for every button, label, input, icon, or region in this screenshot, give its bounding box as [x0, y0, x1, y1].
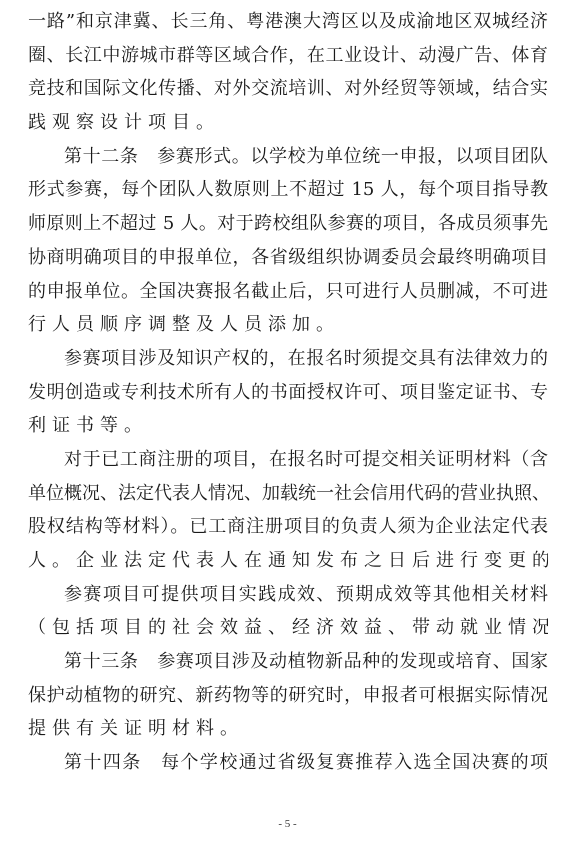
text-line: 行人员顺序调整及人员添加。: [28, 311, 548, 345]
text-line: 竞技和国际文化传播、对外交流培训、对外经贸等领域，结合实: [28, 75, 548, 109]
text-line: 践观察设计项目。: [28, 109, 548, 143]
text-line: 发明创造或专利技术所有人的书面授权许可、项目鉴定证书、专: [28, 379, 548, 413]
article-12-heading-line: 第十二条 参赛形式。以学校为单位统一申报，以项目团队: [28, 143, 548, 177]
article-13-heading-line: 第十三条 参赛项目涉及动植物新品种的发现或培育、国家: [28, 648, 548, 682]
text-line: 一路”和京津冀、长三角、粤港澳大湾区以及成渝地区双城经济: [28, 8, 548, 42]
document-page: 一路”和京津冀、长三角、粤港澳大湾区以及成渝地区双城经济 圈、长江中游城市群等区…: [0, 0, 575, 842]
text-line: 圈、长江中游城市群等区域合作，在工业设计、动漫广告、体育: [28, 42, 548, 76]
text-line: （包括项目的社会效益、经济效益、带动就业情况等）。: [28, 614, 548, 648]
text-line: 保护动植物的研究、新药物等的研究时，申报者可根据实际情况: [28, 682, 548, 716]
text-line: 人。企业法定代表人在通知发布之日后进行变更的不予认可。: [28, 547, 548, 581]
document-body: 一路”和京津冀、长三角、粤港澳大湾区以及成渝地区双城经济 圈、长江中游城市群等区…: [28, 8, 548, 783]
article-14-heading-line: 第十四条 每个学校通过省级复赛推荐入选全国决赛的项: [28, 749, 548, 783]
text-line: 股权结构等材料）。已工商注册项目的负责人须为企业法定代表: [28, 513, 548, 547]
text-line: 的申报单位。全国决赛报名截止后，只可进行人员删减，不可进: [28, 278, 548, 312]
text-line: 形式参赛，每个团队人数原则上不超过 15 人，每个项目指导教: [28, 176, 548, 210]
paragraph-start-line: 对于已工商注册的项目，在报名时可提交相关证明材料（含: [28, 446, 548, 480]
text-line: 利证书等。: [28, 412, 548, 446]
page-number: - 5 -: [0, 818, 575, 830]
text-line: 单位概况、法定代表人情况、加载统一社会信用代码的营业执照、: [28, 480, 548, 514]
paragraph-start-line: 参赛项目涉及知识产权的，在报名时须提交具有法律效力的: [28, 345, 548, 379]
text-line: 协商明确项目的申报单位，各省级组织协调委员会最终明确项目: [28, 244, 548, 278]
text-line: 师原则上不超过 5 人。对于跨校组队参赛的项目，各成员须事先: [28, 210, 548, 244]
text-line: 提供有关证明材料。: [28, 715, 548, 749]
paragraph-start-line: 参赛项目可提供项目实践成效、预期成效等其他相关材料: [28, 581, 548, 615]
